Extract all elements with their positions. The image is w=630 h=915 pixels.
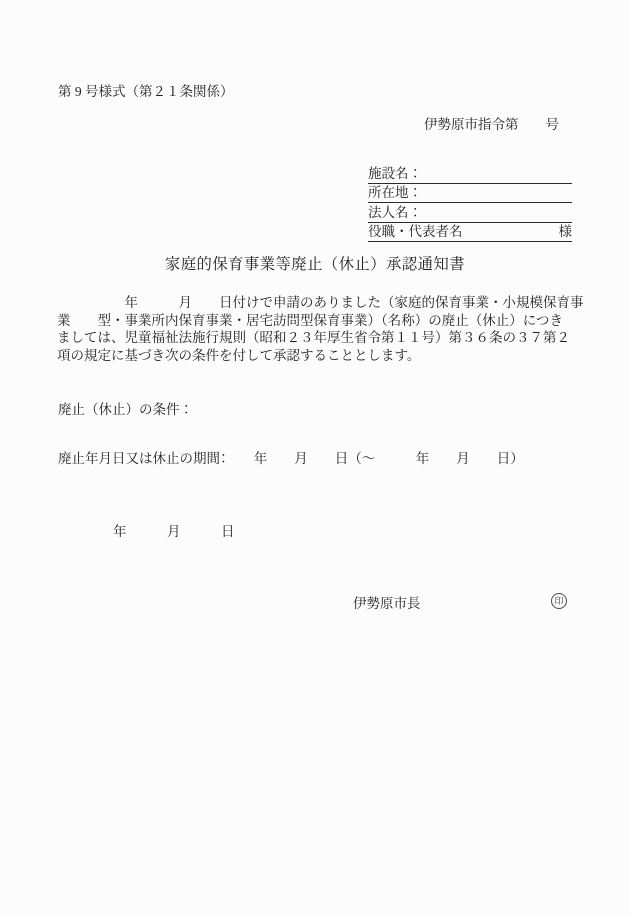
conditions-label: 廃止（休止）の条件： [58,402,193,418]
body-line: 年 月 日付けで申請のありました（家庭的保育事業・小規模保育事 [57,294,597,312]
abolition-period-line: 廃止年月日又は休止の期間： 年 月 日（～ 年 月 日） [58,451,524,467]
address-label: 所在地： [368,181,422,201]
honorific-label: 様 [559,220,573,240]
facility-name-label: 施設名： [368,162,422,182]
document-title: 家庭的保育事業等廃止（休止）承認通知書 [0,252,630,274]
representative-label: 役職・代表者名 [368,220,463,240]
issue-date-line: 年 月 日 [113,524,235,540]
seal-icon: 印 [551,593,567,609]
body-line: ましては、児童福祉法施行規則（昭和２３年厚生省令第１１号）第３６条の３７第２ [57,329,597,347]
form-number: 第 9 号様式（第２１条関係） [58,84,234,100]
body-paragraph: 年 月 日付けで申請のありました（家庭的保育事業・小規模保育事 業 型・事業所内… [57,294,597,364]
seal-character: 印 [554,597,563,606]
recipient-block: 施設名： 所在地： 法人名： 役職・代表者名 様 [368,164,572,242]
directive-number: 伊勢原市指令第 号 [424,117,559,133]
corporation-name-label: 法人名： [368,201,422,221]
body-line: 業 型・事業所内保育事業・居宅訪問型保育事業）（名称）の廃止（休止）につき [57,312,597,330]
document-page: 第 9 号様式（第２１条関係） 伊勢原市指令第 号 施設名： 所在地： 法人名：… [0,0,630,915]
body-line: 項の規定に基づき次の条件を付して承認することとします。 [57,347,597,365]
representative-row: 役職・代表者名 様 [368,223,572,243]
mayor-name: 伊勢原市長 [353,596,421,612]
